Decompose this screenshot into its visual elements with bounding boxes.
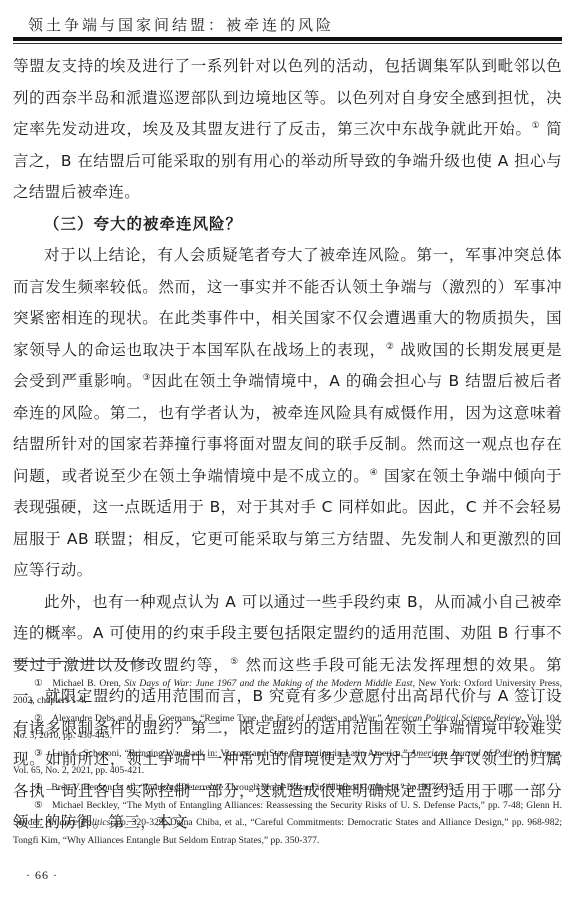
footnote-5: ⑤Michael Beckley, “The Myth of Entanglin… — [13, 797, 562, 849]
footnote-1: ①Michael B. Oren, Six Days of War: June … — [13, 675, 562, 710]
header-rule-thick — [13, 37, 562, 41]
header-rule-thin — [13, 43, 562, 44]
page-number: · 66 · — [26, 868, 58, 883]
paragraph-2: 对于以上结论，有人会质疑笔者夸大了被牵连风险。第一，军事冲突总体而言发生频率较低… — [13, 240, 562, 587]
running-title: 领土争端与国家间结盟：被牵连的风险 — [28, 14, 334, 35]
footnotes: ①Michael B. Oren, Six Days of War: June … — [13, 675, 562, 849]
footnote-ref-3[interactable]: ③ — [142, 373, 151, 383]
footnote-2: ②Alexandre Debs and H. E. Goemans, “Regi… — [13, 710, 562, 745]
section-heading: （三）夸大的被牵连风险？ — [13, 209, 562, 241]
footnote-ref-2[interactable]: ② — [386, 341, 395, 351]
footnote-ref-5[interactable]: ⑤ — [230, 656, 239, 666]
footnote-4: ④Brett V. Benson, et al., “Inducing Dete… — [13, 779, 562, 796]
footnote-3: ③Luis L. Schenoni, “Bringing War Back in… — [13, 745, 562, 780]
paragraph-continued: 等盟友支持的埃及进行了一系列针对以色列的活动，包括调集军队到毗邻以色列的西奈半岛… — [13, 51, 562, 209]
footnote-separator — [13, 661, 150, 662]
